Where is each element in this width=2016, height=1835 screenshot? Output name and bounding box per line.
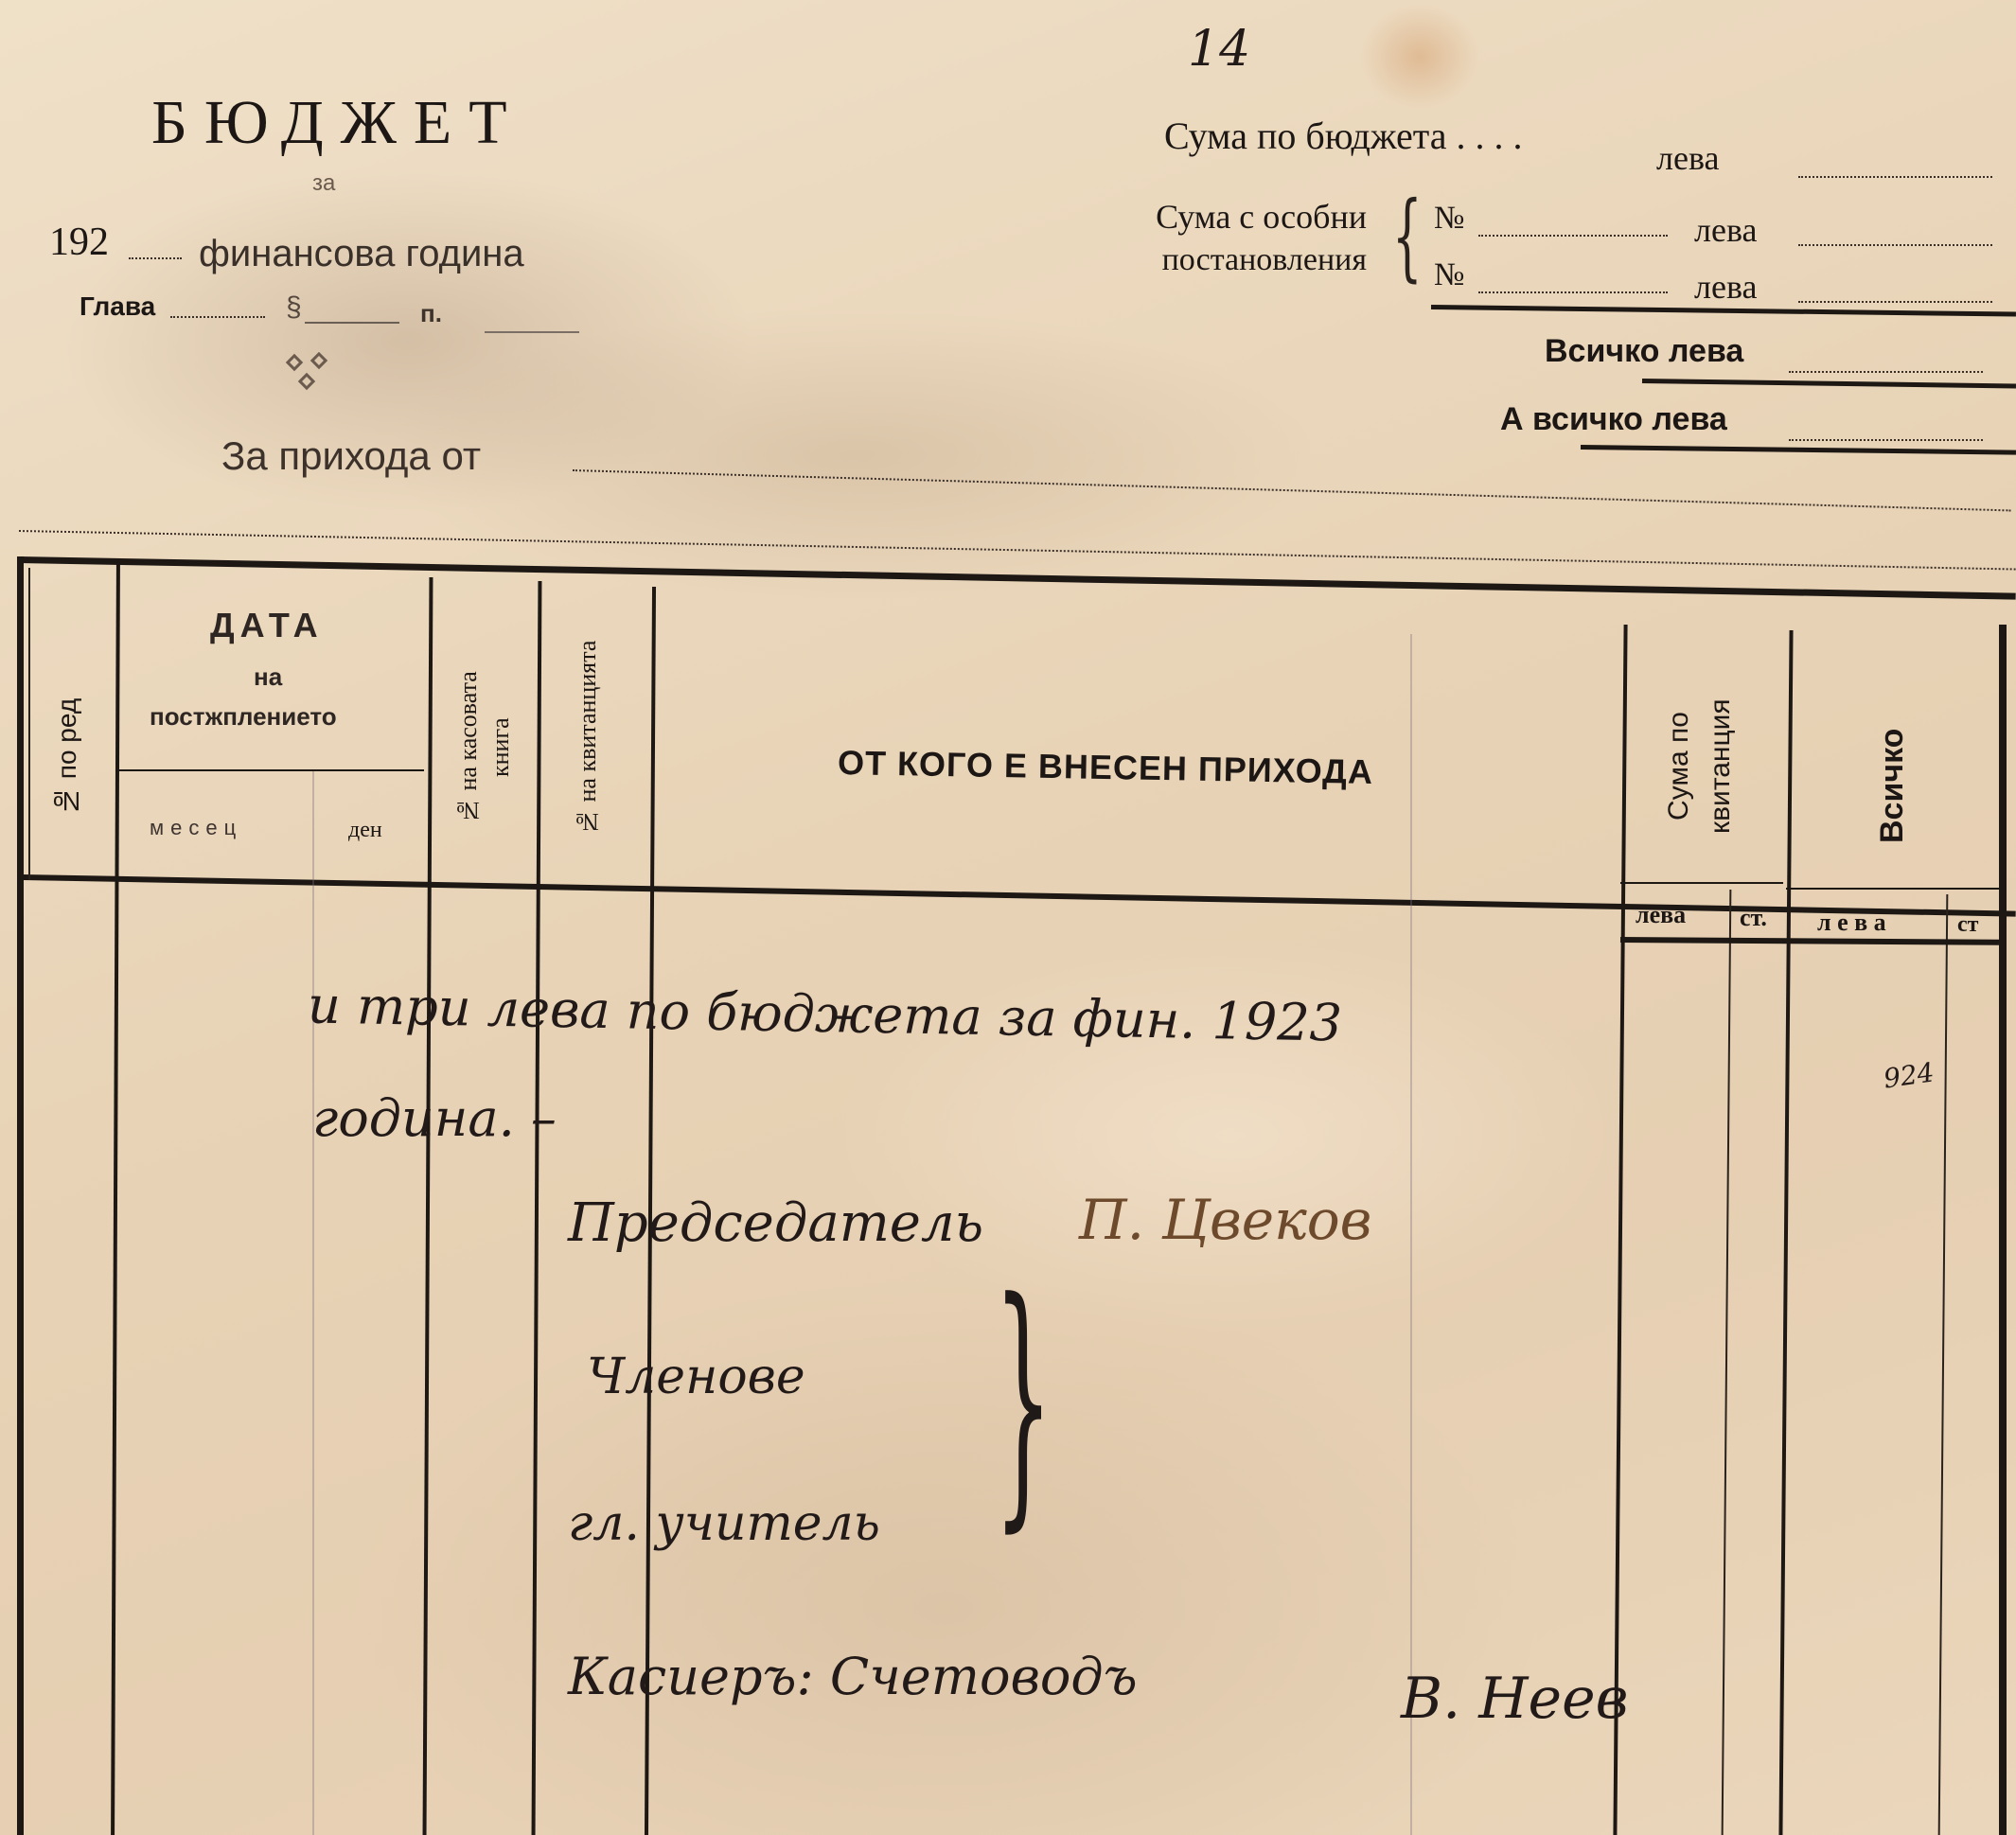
budget-sum-field[interactable] bbox=[1798, 176, 1992, 178]
col-header-leva-1: лева bbox=[1636, 901, 1686, 929]
cashier-signature: В. Неев bbox=[1401, 1666, 1629, 1732]
sum-sub-rule bbox=[1620, 882, 1783, 884]
col-header-month: месец bbox=[150, 816, 242, 840]
members-label: Членове bbox=[587, 1349, 805, 1405]
table-left-border bbox=[17, 556, 24, 1835]
col-header-receipt-sum: Сума по квитанция bbox=[1658, 662, 1742, 871]
total-sub-rule bbox=[1786, 888, 1999, 890]
members-brace-icon: } bbox=[994, 1268, 1052, 1533]
year-prefix: 192 bbox=[49, 220, 109, 265]
col-header-leva-2: л е в а bbox=[1817, 909, 1886, 937]
col-header-day: ден bbox=[348, 818, 382, 843]
budget-sum-label: Сума по бюджета . . . . bbox=[1164, 114, 1523, 158]
table-left-inner bbox=[28, 568, 30, 880]
item-label: п. bbox=[420, 299, 442, 328]
item-field[interactable] bbox=[485, 331, 579, 333]
page-number: 14 bbox=[1188, 21, 1250, 78]
chapter-field[interactable] bbox=[170, 316, 265, 318]
total-field[interactable] bbox=[1789, 371, 1983, 373]
number-sign-2: № bbox=[1434, 257, 1464, 293]
col-header-st-2: ст bbox=[1957, 912, 1978, 938]
col-header-st-1: ст. bbox=[1740, 904, 1767, 932]
budget-title: БЮДЖЕТ bbox=[151, 87, 524, 159]
cash-book-line2: книга bbox=[486, 718, 514, 778]
chairman-signature: П. Цвеков bbox=[1079, 1188, 1371, 1252]
entry-line-2: година. – bbox=[312, 1088, 557, 1148]
receipt-sum-line1: Сума по bbox=[1663, 713, 1694, 821]
ornament-icon bbox=[284, 352, 341, 399]
za-label: за bbox=[312, 170, 335, 197]
section-symbol: § bbox=[286, 291, 302, 324]
col-header-date: ДАТА bbox=[210, 606, 324, 645]
faint-guide-1 bbox=[1410, 634, 1412, 1835]
year-dots bbox=[129, 257, 182, 259]
brace-icon: { bbox=[1392, 189, 1423, 284]
col-line-month-day bbox=[312, 771, 314, 1835]
decree-sum-field-2[interactable] bbox=[1798, 301, 1992, 303]
decree-no-field-2[interactable] bbox=[1478, 291, 1668, 293]
col-header-row-no: № по ред bbox=[52, 662, 82, 852]
grand-total-label: А всичко лева bbox=[1500, 401, 1727, 438]
table-right-border bbox=[1999, 625, 2007, 1835]
fiscal-year-label: финансова година bbox=[199, 233, 524, 275]
col-header-total: Всичко bbox=[1874, 700, 1911, 871]
decree-sum-field-1[interactable] bbox=[1798, 244, 1992, 246]
col-header-cash-book: № на касовата книга bbox=[452, 625, 517, 871]
grand-total-field[interactable] bbox=[1789, 439, 1983, 441]
budget-sum-leva: лева bbox=[1656, 138, 1719, 178]
cash-book-line1: № на касовата bbox=[454, 671, 482, 824]
col-header-date-na: на bbox=[254, 662, 282, 692]
cashier-label: Касиеръ: Счетоводъ bbox=[568, 1647, 1138, 1706]
decree-no-field-1[interactable] bbox=[1478, 235, 1668, 237]
number-sign-1: № bbox=[1434, 201, 1464, 237]
special-label-1: Сума с особни bbox=[1105, 197, 1367, 237]
total-label: Всичко лева bbox=[1545, 333, 1743, 370]
col-header-date-sub: постжплението bbox=[150, 702, 337, 732]
decree-leva-2: лева bbox=[1694, 267, 1757, 307]
income-from-label: За прихода от bbox=[221, 433, 481, 479]
chapter-label: Глава bbox=[80, 291, 155, 322]
special-label-2: постановления bbox=[1105, 242, 1367, 278]
col-header-receipt-no: № на квитанцията bbox=[574, 596, 602, 880]
teacher-label: гл. учитель bbox=[568, 1495, 880, 1552]
date-sub-rule bbox=[115, 769, 424, 771]
section-field[interactable] bbox=[305, 322, 399, 324]
chairman-label: Председатель bbox=[568, 1192, 983, 1254]
decree-leva-1: лева bbox=[1694, 210, 1757, 250]
receipt-sum-line2: квитанция bbox=[1705, 699, 1736, 835]
